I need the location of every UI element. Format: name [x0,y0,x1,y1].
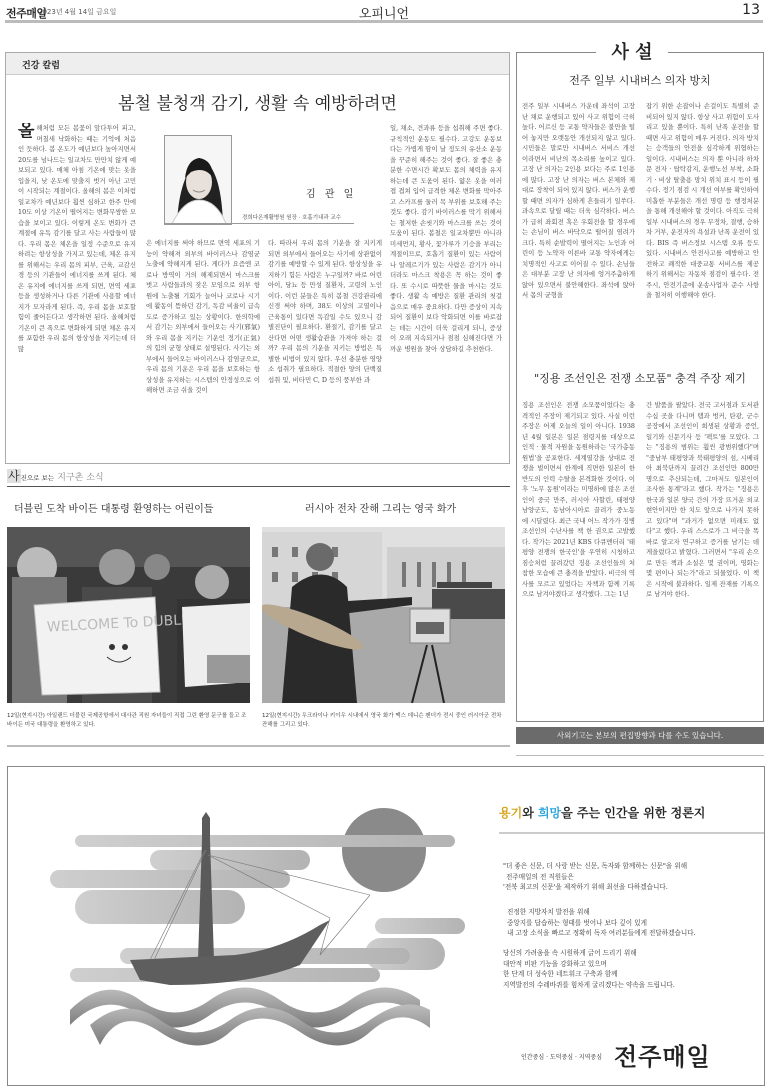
photo-painter-tank [262,527,505,703]
ad-slogan: 인간중심 · 도덕중심 · 지역중심 [521,1052,602,1061]
ad-illustration [30,800,470,1060]
editorial-rule-right [668,52,764,53]
ad-paragraph-3: 당신의 가려움을 속 시원하게 긁어 드리기 위해 대안적 비판 기능을 강화하… [503,948,675,990]
author-affiliation: 경희다온재활병원 원장 · 호흡기내과 교수 [242,213,341,221]
painter-photo-icon [262,527,505,703]
column-headline: 봄철 불청객 감기, 생활 속 예방하려면 [6,89,509,114]
ad-paragraph-2: 진정한 지방자치 발전을 위해 중앙지를 답습하는 형태를 벗어나 보다 깊이 … [507,907,696,939]
article-column-3: 다. 따라서 우리 몸의 기운을 잘 지키게 되면 외부에서 들어오는 사기에 … [268,238,382,458]
portrait-icon [165,136,232,225]
health-column: 건강 칼럼 봄철 불청객 감기, 생활 속 예방하려면 올해처럼 모든 봄꽃이 … [5,52,510,464]
editorial-2-column-2: 간 발품을 팔았다. 전국 고서점과 도서관 수십 곳을 다니며 탭과 벙커, … [646,400,759,715]
photo-news-tag: 사진으로 보는 지구촌 소식 [7,467,104,484]
author-name: 김 관 일 [306,185,356,200]
ad-headline: 용기와 희망을 주는 인간을 위한 정론지 [499,804,705,821]
author-portrait [164,135,232,225]
photo-news-rule [7,486,510,487]
contributor-notice: 사외기고는 본보의 편집방향과 다를 수도 있습니다. [516,727,764,744]
photo-children-welcome: WELCOME To DUBLIN [7,527,250,703]
masthead-rule [5,20,763,23]
editorial-1-column-2: 잡기 위한 손잡이나 손걸이도 특별히 준비되어 있지 않다. 항상 사고 위험… [646,101,759,371]
photo-headline-2: 러시아 전차 잔해 그리는 영국 화가 [305,500,456,515]
column-tag: 건강 칼럼 [6,53,509,75]
page-number: 13 [742,2,760,18]
notice-rule [516,755,764,756]
ship-illustration-icon [30,800,470,1060]
article-column-1: 올해처럼 모든 봄꽃이 앞다투어 피고, 며칠새 낙화하는 때는 기억에 처음인… [18,123,136,458]
editorial-headline-2: "징용 조선인은 전쟁 소모품" 충격 주장 제기 [516,370,764,386]
photo-bottom-rule [7,745,510,747]
editorial-label: 사 설 [596,38,668,64]
ad-rule [499,832,764,834]
article-column-4: 일, 채소, 견과류 등을 섭취해 주면 좋다. 규칙적인 운동도 필수다. 고… [390,123,502,458]
editorial-1-column-1: 전주 일부 시내버스 가운데 좌석이 고장 난 채로 운행되고 있어 사고 위험… [522,101,635,371]
dropcap: 올 [18,123,34,140]
photo-headline-1: 더블린 도착 바이든 대통령 환영하는 어린이들 [14,500,213,515]
photo-caption-2: 12일(현지시간) 우크라이나 키이우 시내에서 영국 화가 맥스 데니슨 펜더… [262,712,505,730]
ad-paragraph-1: "더 좋은 신문, 더 사랑 받는 신문, 독자와 함께하는 신문"을 위해 전… [503,861,687,893]
portrait-rule [164,223,354,224]
editorial-2-column-1: 징용 조선인은 전쟁 소모품이었다는 충격적인 주장이 제기되고 있다. 사실 … [522,400,635,715]
children-photo-icon: WELCOME To DUBLIN [7,527,250,703]
editorial-rule-left [516,52,596,53]
editorial-headline-1: 전주 일부 시내버스 의자 방치 [516,72,764,88]
ad-logo: 전주매일 [614,1037,711,1072]
photo-caption-1: 12일(현지시간) 아일랜드 더블린 국제공항에서 대사관 직원 자녀들이 직접… [7,712,250,730]
article-column-2: 은 에너지를 써야 하므로 면역 세포의 기능이 약해져 외부의 바이러스나 감… [146,238,260,458]
